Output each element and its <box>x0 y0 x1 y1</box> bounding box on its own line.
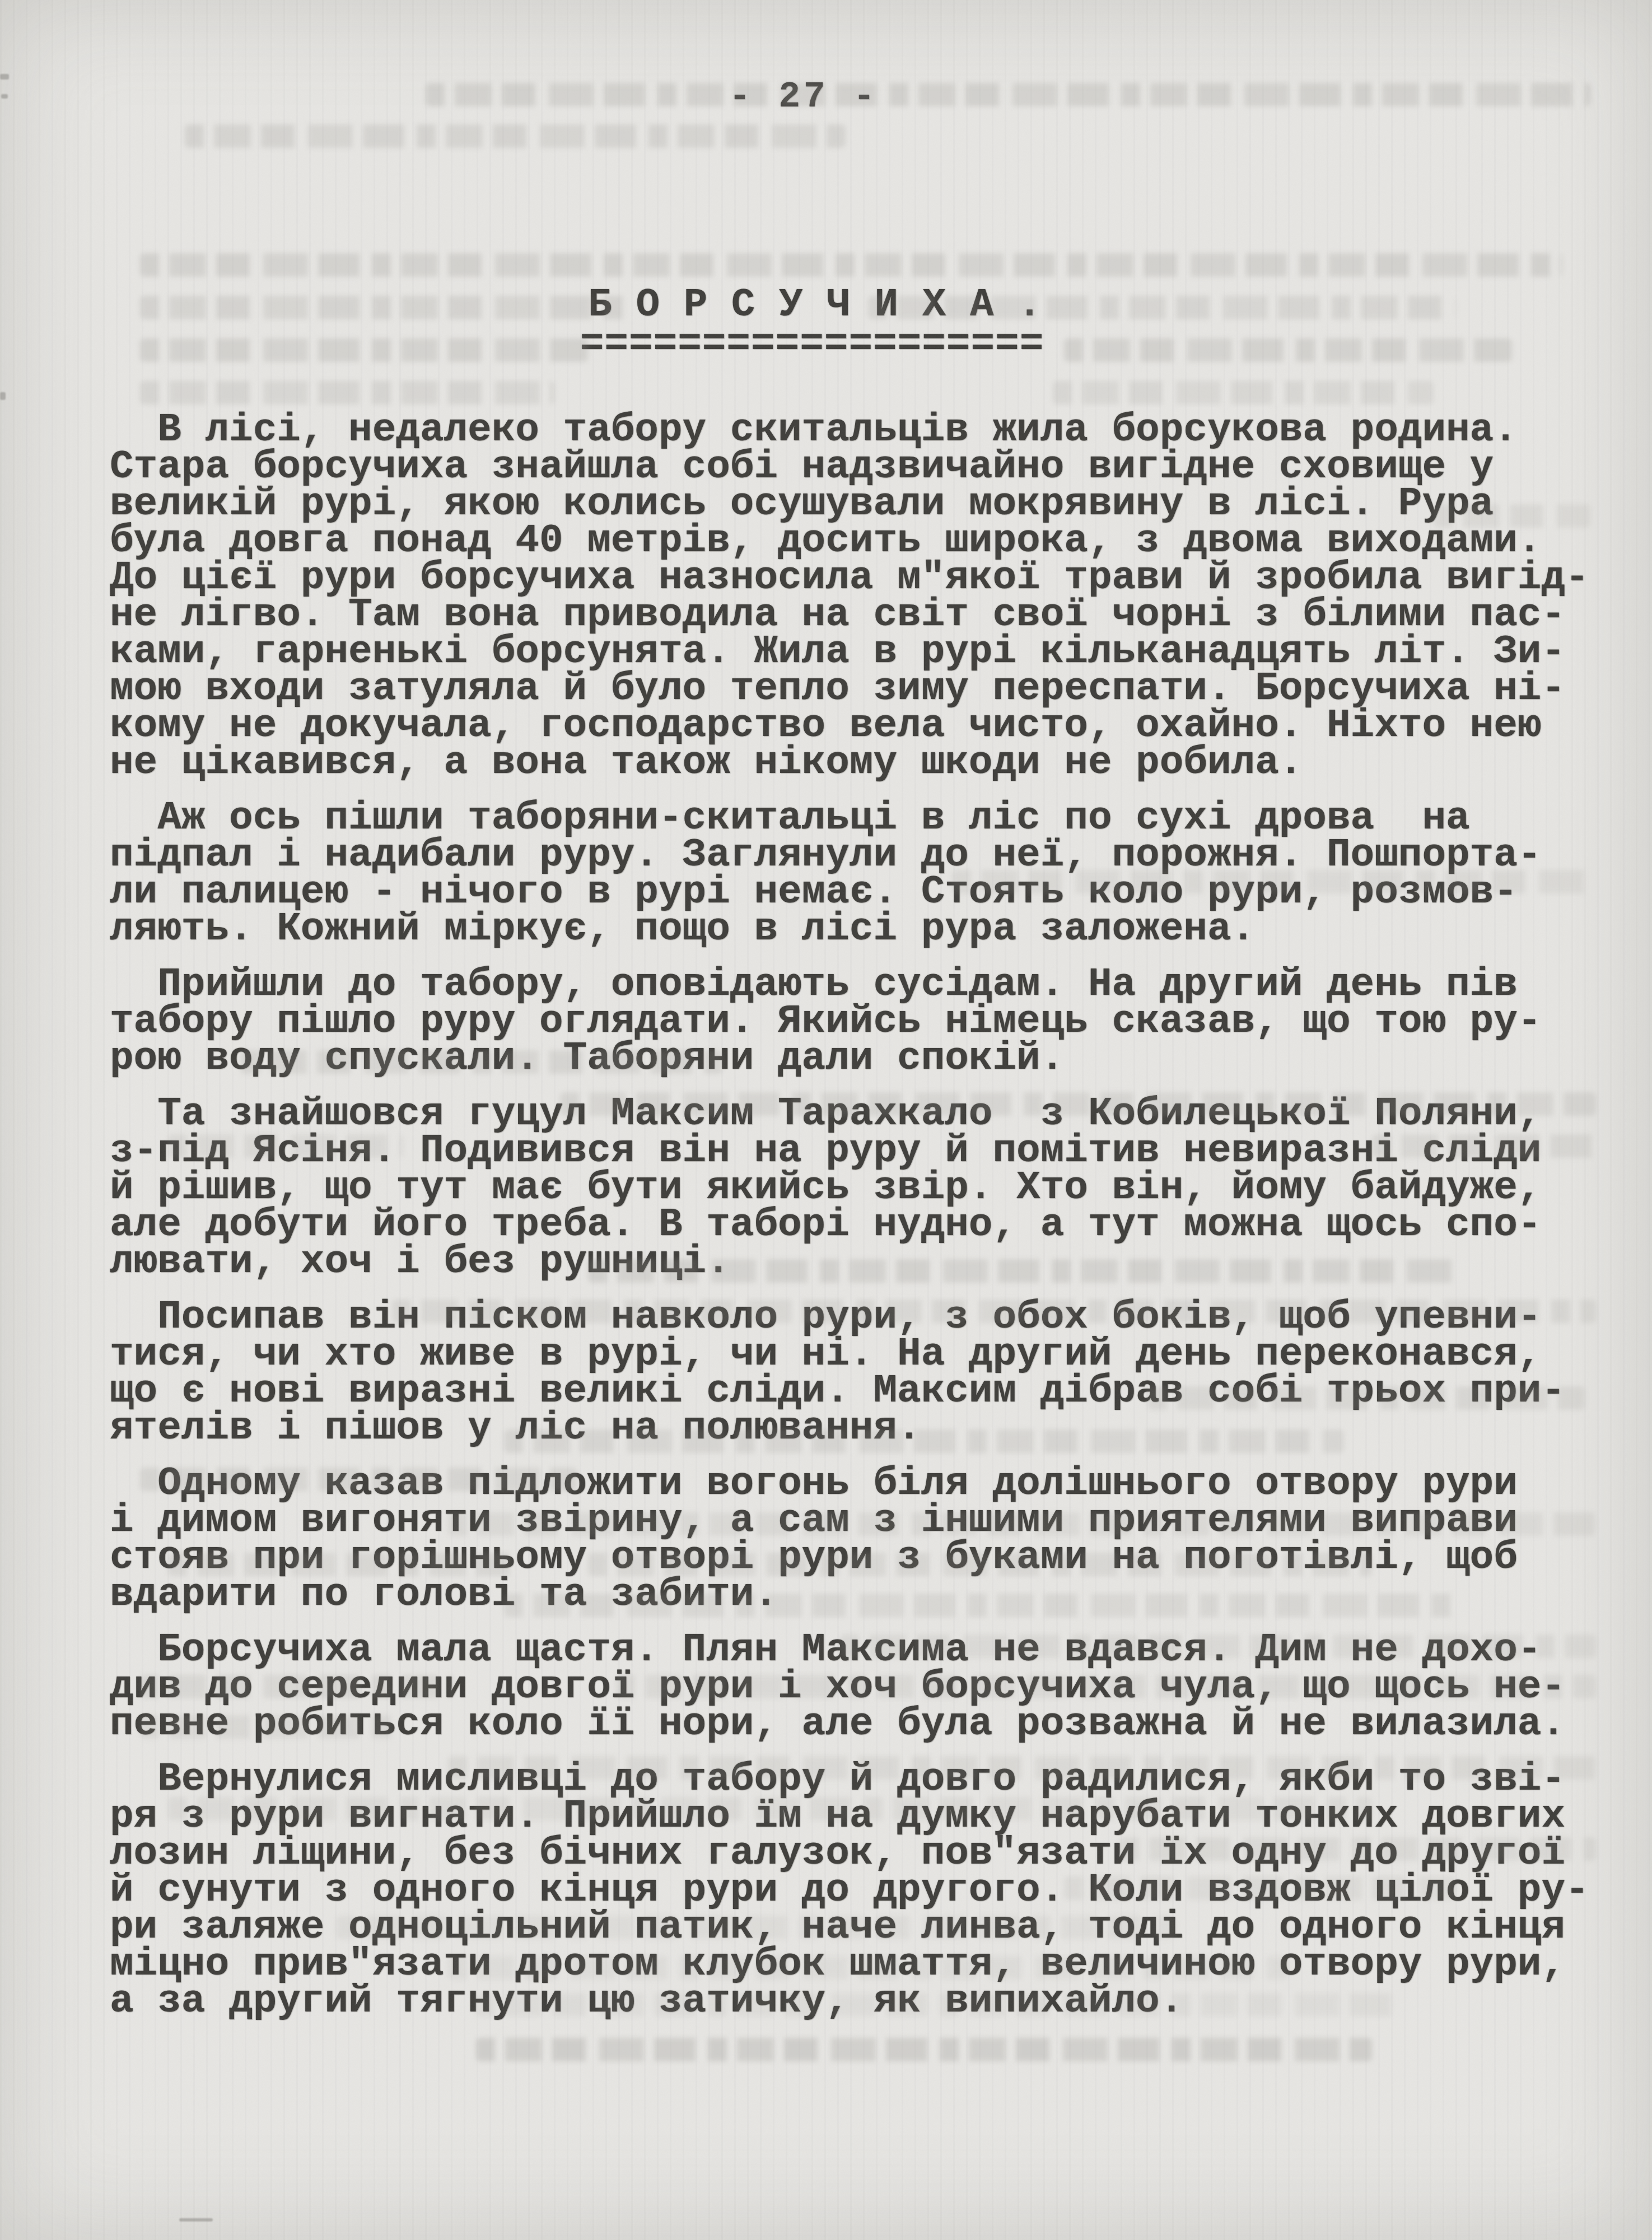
paragraph: Борсучиха мала щастя. Плян Максима не вд… <box>110 1632 1599 1743</box>
paragraph: Вернулися мисливці до табору й довго рад… <box>110 1761 1599 2020</box>
paragraph: Посипав він піском навколо рури, з обох … <box>110 1299 1599 1447</box>
bleedthrough-smudge <box>476 2038 1372 2061</box>
bleedthrough-smudge <box>426 83 1590 106</box>
paragraph: Аж ось пішли таборяни-скитальці в ліс по… <box>110 800 1599 948</box>
scan-speck <box>179 2218 213 2222</box>
bleedthrough-smudge <box>1053 381 1434 404</box>
page-number: - 27 - <box>729 80 878 115</box>
bleedthrough-smudge <box>140 381 554 404</box>
bleedthrough-smudge <box>140 253 1562 277</box>
story-title: Б О Р С У Ч И Х А . <box>588 287 1042 324</box>
title-underline: =================== <box>580 326 1044 363</box>
story-body: В лісі, недалеко табору скитальців жила … <box>110 412 1599 2038</box>
scan-speck <box>0 392 6 400</box>
scan-speck <box>0 74 9 80</box>
scan-speck <box>1 94 8 99</box>
bleedthrough-smudge <box>1064 338 1512 362</box>
bleedthrough-smudge <box>185 124 846 148</box>
bleedthrough-smudge <box>140 338 588 362</box>
bleedthrough-smudge <box>140 296 633 319</box>
paragraph: Одному казав підложити вогонь біля доліш… <box>110 1465 1599 1613</box>
paragraph: В лісі, недалеко табору скитальців жила … <box>110 412 1599 781</box>
paragraph: Прийшли до табору, оповідають сусідам. Н… <box>110 966 1599 1077</box>
paragraph: Та знайшовся гуцул Максим Тарахкало з Ко… <box>110 1096 1599 1280</box>
document-page: - 27 - Б О Р С У Ч И Х А . =============… <box>0 0 1652 2240</box>
